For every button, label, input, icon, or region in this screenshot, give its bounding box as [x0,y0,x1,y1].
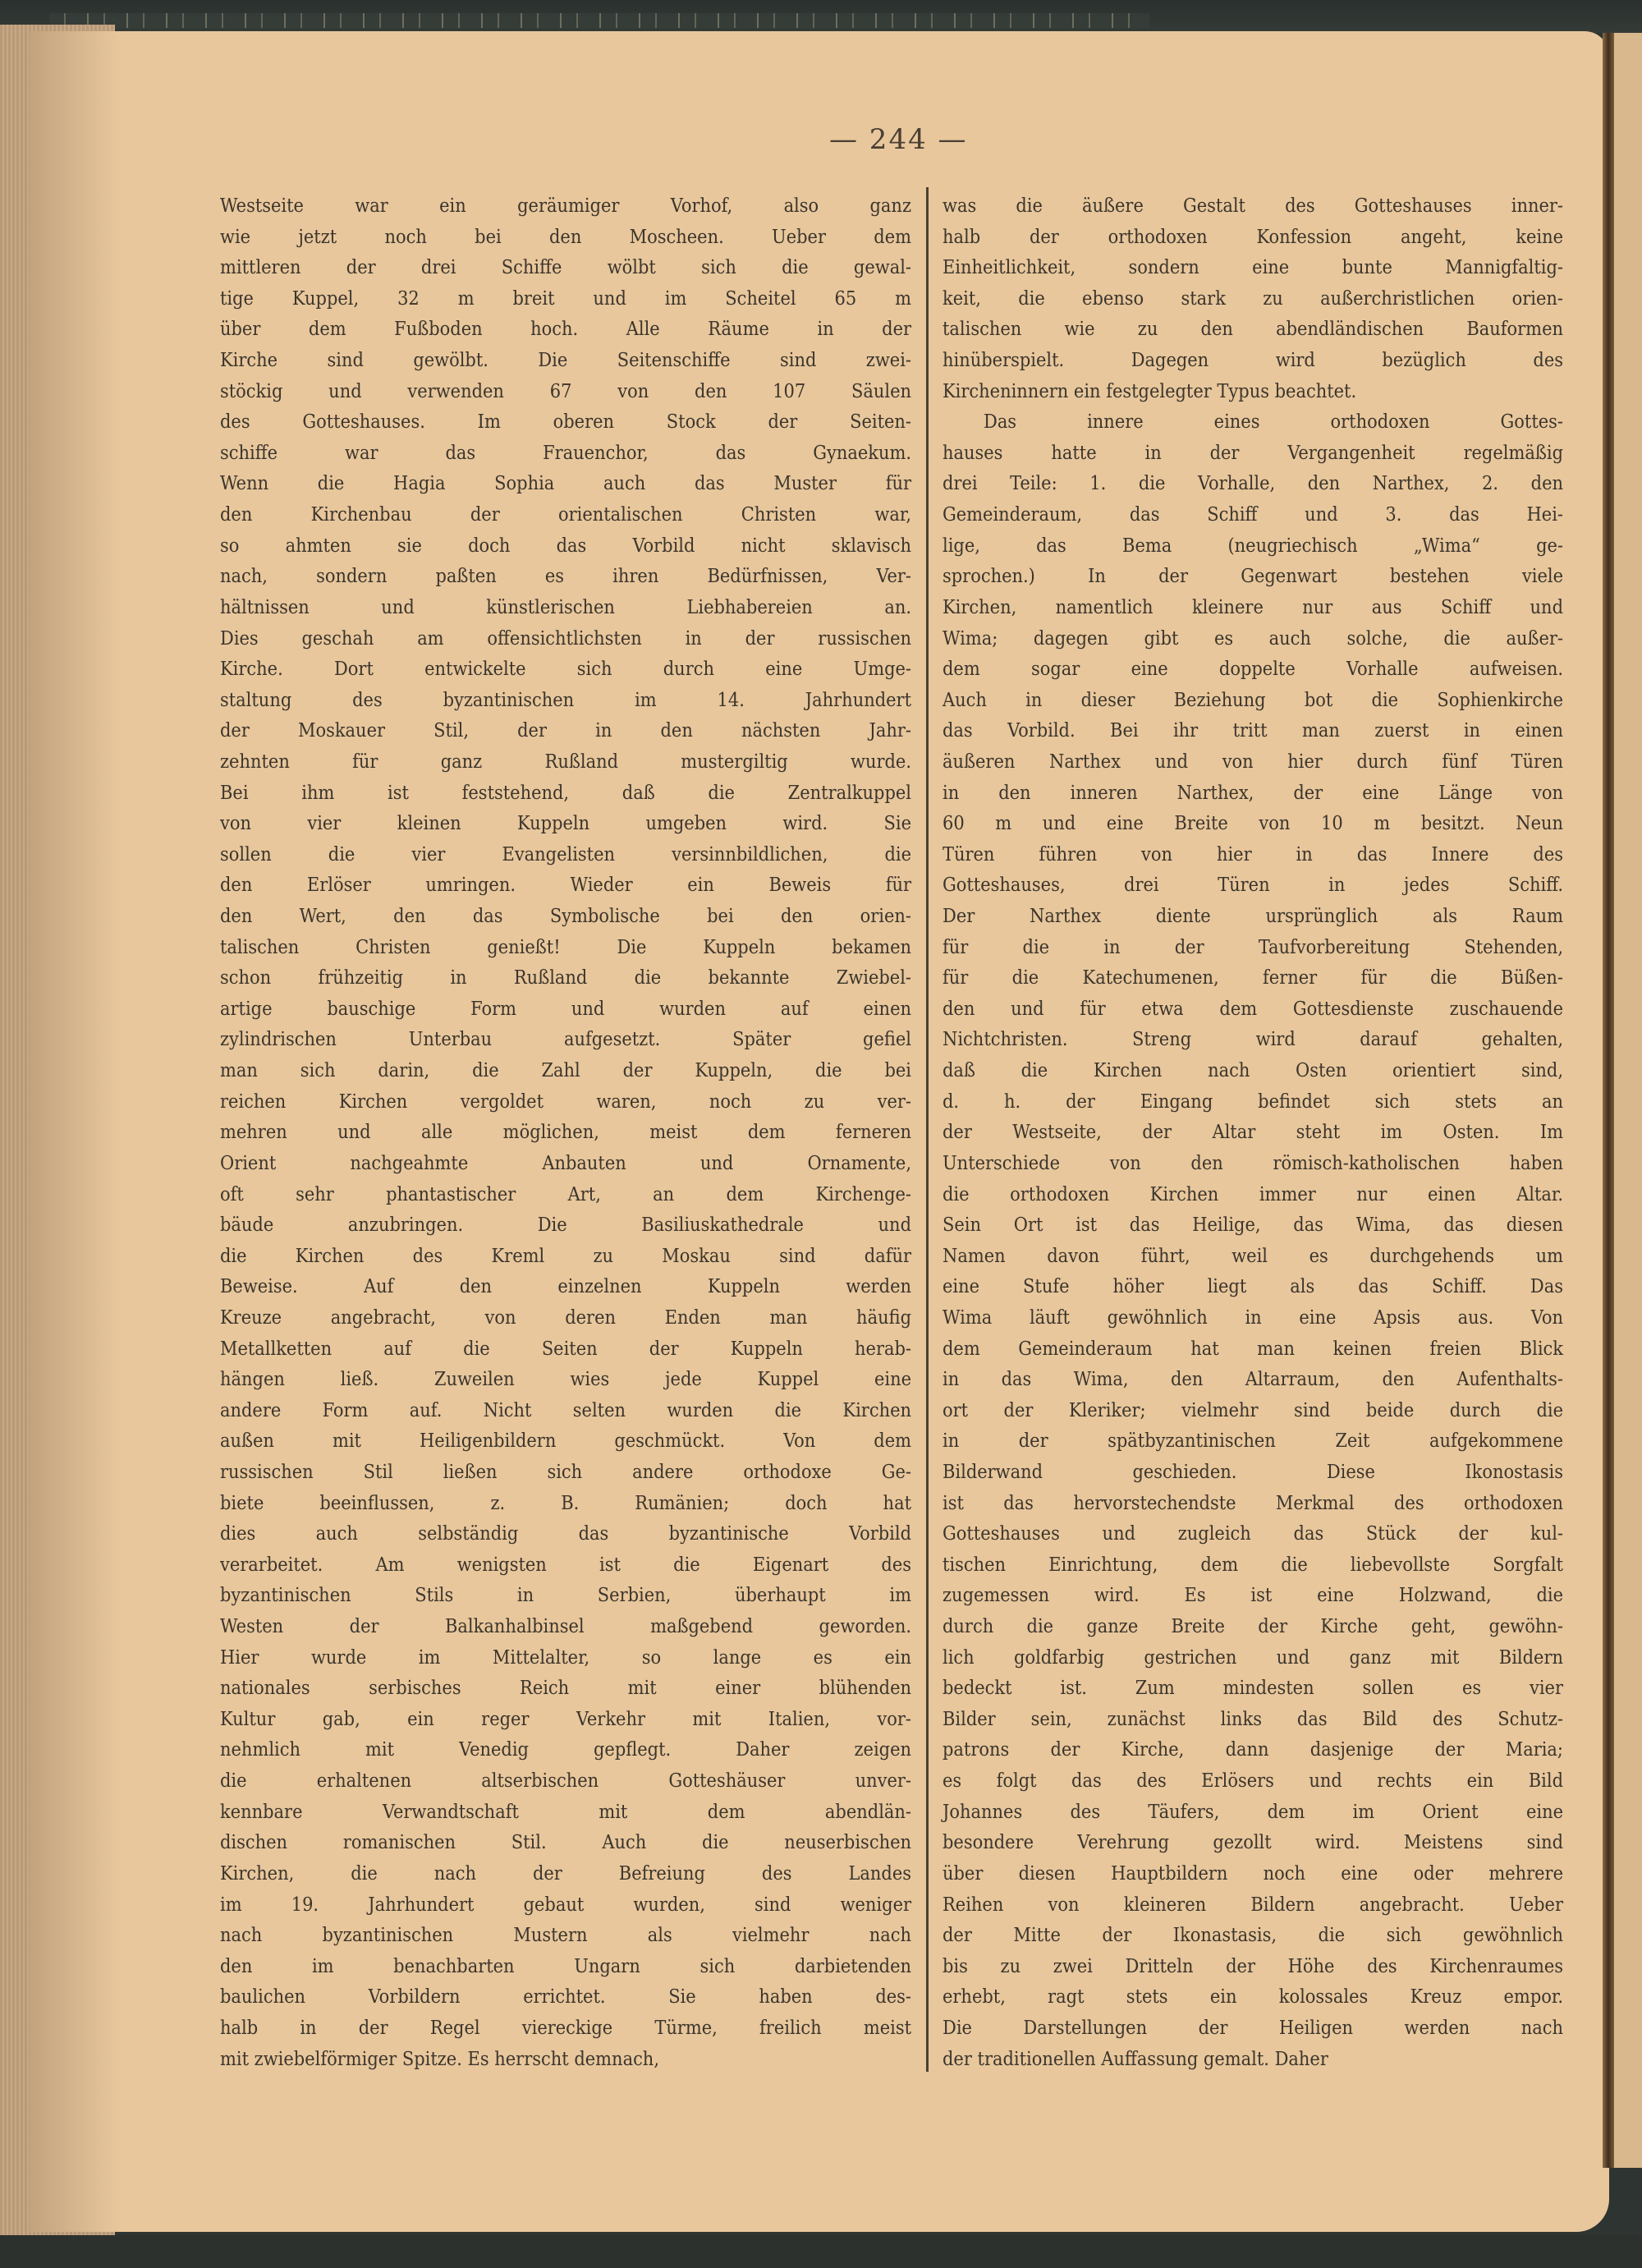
text-line: Dies geschah am offensichtlichsten in de… [220,623,911,654]
text-line: lich goldfarbig gestrichen und ganz mit … [943,1642,1563,1673]
text-line: russischen Stil ließen sich andere ortho… [220,1457,911,1488]
text-line: Bilder sein, zunächst links das Bild des… [943,1704,1563,1735]
text-line: erhebt, ragt stets ein kolossales Kreuz … [943,1981,1563,2013]
text-line: Nichtchristen. Streng wird darauf gehalt… [943,1024,1563,1055]
text-line: verarbeitet. Am wenigsten ist die Eigena… [220,1549,911,1581]
text-line: Beweise. Auf den einzelnen Kuppeln werde… [220,1271,911,1302]
text-line: keit, die ebenso stark zu außerchristlic… [943,283,1563,314]
text-line: in das Wima, den Altarraum, den Aufentha… [943,1364,1563,1395]
left-text-column: Westseite war ein geräumiger Vorhof, als… [220,191,911,2074]
text-line: Gotteshauses, drei Türen in jedes Schiff… [943,870,1563,901]
text-line: drei Teile: 1. die Vorhalle, den Narthex… [943,468,1563,499]
text-line: Wima; dagegen gibt es auch solche, die a… [943,623,1563,654]
text-line: zehnten für ganz Rußland mustergiltig wu… [220,746,911,778]
text-line: halb in der Regel viereckige Türme, frei… [220,2013,911,2044]
text-line: über dem Fußboden hoch. Alle Räume in de… [220,314,911,345]
text-line: d. h. der Eingang befindet sich stets an [943,1086,1563,1118]
text-line: der Mitte der Ikonastasis, die sich gewö… [943,1920,1563,1951]
text-line: Auch in dieser Beziehung bot die Sophien… [943,685,1563,716]
text-line: die erhaltenen altserbischen Gotteshäuse… [220,1765,911,1797]
text-line: andere Form auf. Nicht selten wurden die… [220,1395,911,1426]
text-line: so ahmten sie doch das Vorbild nicht skl… [220,530,911,562]
text-line: 60 m und eine Breite von 10 m besitzt. N… [943,808,1563,839]
text-line: byzantinischen Stils in Serbien, überhau… [220,1580,911,1611]
text-line: talischen wie zu den abendländischen Bau… [943,314,1563,345]
text-line: den Erlöser umringen. Wieder ein Beweis … [220,870,911,901]
text-line: Türen führen von hier in das Innere des [943,839,1563,870]
text-line: Einheitlichkeit, sondern eine bunte Mann… [943,252,1563,283]
text-line: den Kirchenbau der orientalischen Christ… [220,499,911,530]
text-line: Namen davon führt, weil es durchgehends … [943,1241,1563,1272]
text-line: dies auch selbständig das byzantinische … [220,1518,911,1549]
text-line: kennbare Verwandtschaft mit dem abendlän… [220,1797,911,1828]
text-line: der Westseite, der Altar steht im Osten.… [943,1117,1563,1148]
text-line: wie jetzt noch bei den Moscheen. Ueber d… [220,222,911,253]
text-line: die Kirchen des Kreml zu Moskau sind daf… [220,1241,911,1272]
text-line: in den inneren Narthex, der eine Länge v… [943,778,1563,809]
text-line: zylindrischen Unterbau aufgesetzt. Späte… [220,1024,911,1055]
text-line: tige Kuppel, 32 m breit und im Scheitel … [220,283,911,314]
text-line: äußeren Narthex und von hier durch fünf … [943,746,1563,778]
text-line: Das innere eines orthodoxen Gottes- [943,406,1563,438]
text-line: artige bauschige Form und wurden auf ein… [220,994,911,1025]
text-line: reichen Kirchen vergoldet waren, noch zu… [220,1086,911,1118]
text-line: in der spätbyzantinischen Zeit aufgekomm… [943,1426,1563,1457]
next-page-sliver [1614,33,1642,2168]
text-line: Kirchen, namentlich kleinere nur aus Sch… [943,592,1563,623]
text-line: bis zu zwei Dritteln der Höhe des Kirche… [943,1951,1563,1982]
text-line: Westen der Balkanhalbinsel maßgebend gew… [220,1611,911,1642]
text-line: nach byzantinischen Mustern als vielmehr… [220,1920,911,1951]
text-line: Die Darstellungen der Heiligen werden na… [943,2013,1563,2044]
text-line: Kultur gab, ein reger Verkehr mit Italie… [220,1704,911,1735]
text-line: tischen Einrichtung, dem die liebevollst… [943,1549,1563,1581]
text-line: besondere Verehrung gezollt wird. Meiste… [943,1827,1563,1858]
text-line: hängen ließ. Zuweilen wies jede Kuppel e… [220,1364,911,1395]
text-line: nehmlich mit Venedig gepflegt. Daher zei… [220,1734,911,1765]
text-line: ort der Kleriker; vielmehr sind beide du… [943,1395,1563,1426]
text-line: hinüberspielt. Dagegen wird bezüglich de… [943,345,1563,376]
text-line: außen mit Heiligenbildern geschmückt. Vo… [220,1426,911,1457]
text-line: Westseite war ein geräumiger Vorhof, als… [220,191,911,222]
text-line: über diesen Hauptbildern noch eine oder … [943,1858,1563,1889]
worn-cover-edge [49,13,1149,28]
text-line: daß die Kirchen nach Osten orientiert si… [943,1055,1563,1086]
page-fold-shadow [1603,33,1614,2168]
text-line: schiffe war das Frauenchor, das Gynaekum… [220,438,911,469]
text-line: ist das hervorstechendste Merkmal des or… [943,1488,1563,1519]
text-line: eine Stufe höher liegt als das Schiff. D… [943,1271,1563,1302]
text-line: man sich darin, die Zahl der Kuppeln, di… [220,1055,911,1086]
text-line: Gemeinderaum, das Schiff und 3. das Hei- [943,499,1563,530]
text-line: Kirche sind gewölbt. Die Seitenschiffe s… [220,345,911,376]
text-line: Wenn die Hagia Sophia auch das Muster fü… [220,468,911,499]
text-line: bedeckt ist. Zum mindesten sollen es vie… [943,1673,1563,1704]
text-line: mittleren der drei Schiffe wölbt sich di… [220,252,911,283]
page-number: — 244 — [829,123,968,156]
text-line: nationales serbisches Reich mit einer bl… [220,1673,911,1704]
text-line: des Gotteshauses. Im oberen Stock der Se… [220,406,911,438]
text-line: Metallketten auf die Seiten der Kuppeln … [220,1334,911,1365]
text-line: talischen Christen genießt! Die Kuppeln … [220,932,911,963]
text-line: sollen die vier Evangelisten versinnbild… [220,839,911,870]
text-line: Bilderwand geschieden. Diese Ikonostasis [943,1457,1563,1488]
text-line: stöckig und verwenden 67 von den 107 Säu… [220,376,911,407]
text-line: den im benachbarten Ungarn sich darbiete… [220,1951,911,1982]
text-line: die orthodoxen Kirchen immer nur einen A… [943,1179,1563,1210]
text-line: im 19. Jahrhundert gebaut wurden, sind w… [220,1889,911,1921]
text-line: dem Gemeinderaum hat man keinen freien B… [943,1334,1563,1365]
text-line: schon frühzeitig in Rußland die bekannte… [220,962,911,994]
column-divider [926,187,929,2072]
text-line: staltung des byzantinischen im 14. Jahrh… [220,685,911,716]
text-line: Kircheninnern ein festgelegter Typus bea… [943,376,1563,407]
text-line: Kirche. Dort entwickelte sich durch eine… [220,654,911,685]
text-line: biete beeinflussen, z. B. Rumänien; doch… [220,1488,911,1519]
text-line: von vier kleinen Kuppeln umgeben wird. S… [220,808,911,839]
text-line: Bei ihm ist feststehend, daß die Zentral… [220,778,911,809]
book-cover-bottom [0,2235,1642,2268]
text-line: für die in der Taufvorbereitung Stehende… [943,932,1563,963]
text-line: Gotteshauses und zugleich das Stück der … [943,1518,1563,1549]
text-line: Der Narthex diente ursprünglich als Raum [943,901,1563,932]
text-line: das Vorbild. Bei ihr tritt man zuerst in… [943,715,1563,746]
text-line: baulichen Vorbildern errichtet. Sie habe… [220,1981,911,2013]
text-line: mit zwiebelförmiger Spitze. Es herrscht … [220,2044,911,2075]
text-line: dem sogar eine doppelte Vorhalle aufweis… [943,654,1563,685]
text-line: sprochen.) In der Gegenwart bestehen vie… [943,561,1563,592]
text-line: Wima läuft gewöhnlich in eine Apsis aus.… [943,1302,1563,1334]
text-line: der traditionellen Auffassung gemalt. Da… [943,2044,1563,2075]
text-line: Kreuze angebracht, von deren Enden man h… [220,1302,911,1334]
text-line: den und für etwa dem Gottesdienste zusch… [943,994,1563,1025]
text-line: oft sehr phantastischer Art, an dem Kirc… [220,1179,911,1210]
text-line: patrons der Kirche, dann dasjenige der M… [943,1734,1563,1765]
text-line: Reihen von kleineren Bildern angebracht.… [943,1889,1563,1921]
text-line: es folgt das des Erlösers und rechts ein… [943,1765,1563,1797]
text-line: durch die ganze Breite der Kirche geht, … [943,1611,1563,1642]
text-line: mehren und alle möglichen, meist dem fer… [220,1117,911,1148]
text-line: Kirchen, die nach der Befreiung des Land… [220,1858,911,1889]
text-line: Hier wurde im Mittelalter, so lange es e… [220,1642,911,1673]
text-line: was die äußere Gestalt des Gotteshauses … [943,191,1563,222]
text-line: den Wert, den das Symbolische bei den or… [220,901,911,932]
right-text-column: was die äußere Gestalt des Gotteshauses … [943,191,1563,2074]
text-line: für die Katechumenen, ferner für die Büß… [943,962,1563,994]
text-line: hauses hatte in der Vergangenheit regelm… [943,438,1563,469]
text-line: zugemessen wird. Es ist eine Holzwand, d… [943,1580,1563,1611]
text-line: Unterschiede von den römisch-katholische… [943,1148,1563,1179]
text-line: lige, das Bema (neugriechisch „Wima“ ge- [943,530,1563,562]
text-line: bäude anzubringen. Die Basiliuskathedral… [220,1210,911,1241]
text-line: Johannes des Täufers, dem im Orient eine [943,1797,1563,1828]
text-line: Orient nachgeahmte Anbauten und Ornament… [220,1148,911,1179]
text-line: Sein Ort ist das Heilige, das Wima, das … [943,1210,1563,1241]
text-line: dischen romanischen Stil. Auch die neuse… [220,1827,911,1858]
text-line: der Moskauer Stil, der in den nächsten J… [220,715,911,746]
text-line: nach, sondern paßten es ihren Bedürfniss… [220,561,911,592]
page-gutter-shadow [30,31,120,2232]
text-line: hältnissen und künstlerischen Liebhabere… [220,592,911,623]
text-line: halb der orthodoxen Konfession angeht, k… [943,222,1563,253]
